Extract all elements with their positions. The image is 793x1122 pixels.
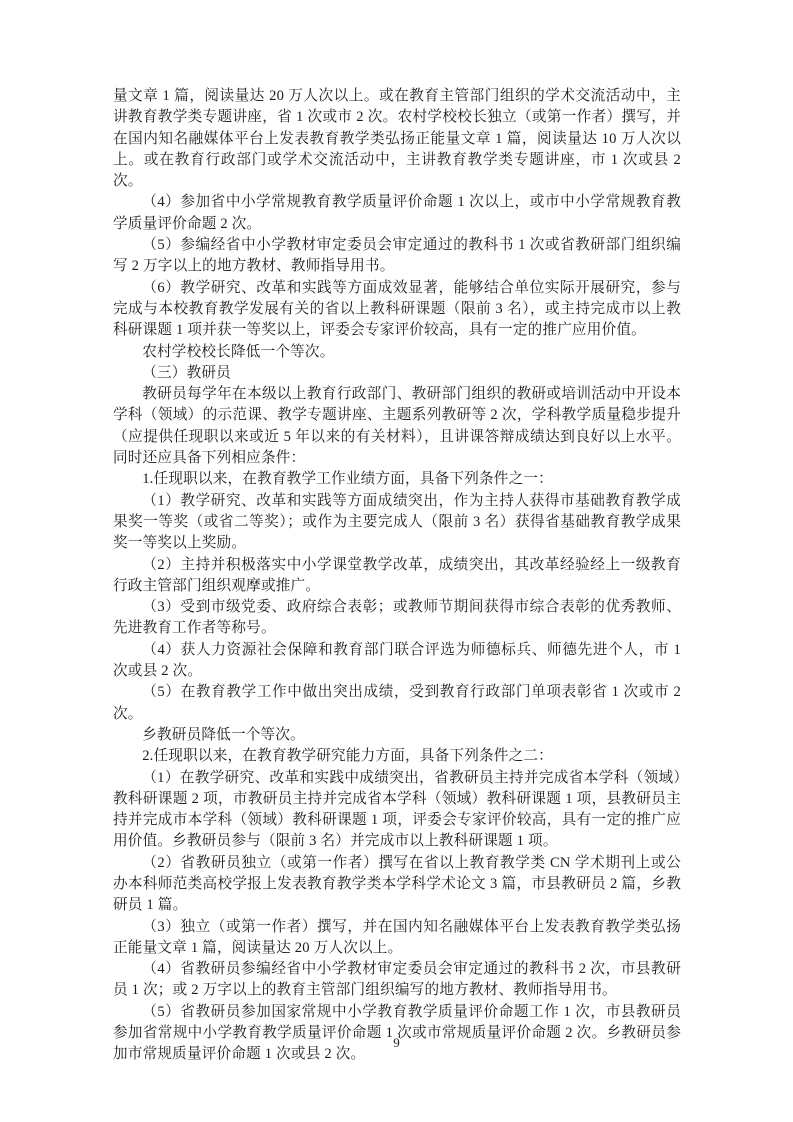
page-body: 量文章 1 篇，阅读量达 20 万人次以上。或在教育主管部门组织的学术交流活动中…: [113, 86, 681, 1066]
page-footer: 9: [0, 1034, 793, 1052]
page-number: 9: [393, 1035, 400, 1050]
document-page: 量文章 1 篇，阅读量达 20 万人次以上。或在教育主管部门组织的学术交流活动中…: [0, 0, 793, 1122]
paragraph: （1）在教学研究、改革和实践中成绩突出，省教研员主持并完成省本学科（领域）教科研…: [113, 768, 681, 853]
paragraph: 乡教研员降低一个等次。: [113, 725, 681, 746]
paragraph: （3）独立（或第一作者）撰写，并在国内知名融媒体平台上发表教育教学类弘扬正能量文…: [113, 917, 681, 960]
paragraph: （2）省教研员独立（或第一作者）撰写在省以上教育教学类 CN 学术期刊上或公办本…: [113, 853, 681, 917]
paragraph: （5）在教育教学工作中做出突出成绩，受到教育行政部门单项表彰省 1 次或市 2 …: [113, 682, 681, 725]
paragraph: 农村学校校长降低一个等次。: [113, 342, 681, 363]
paragraph: （6）教学研究、改革和实践等方面成效显著，能够结合单位实际开展研究，参与完成与本…: [113, 278, 681, 342]
paragraph: （3）受到市级党委、政府综合表彰；或教师节期间获得市综合表彰的优秀教师、先进教育…: [113, 597, 681, 640]
paragraph: （1）教学研究、改革和实践等方面成绩突出，作为主持人获得市基础教育教学成果奖一等…: [113, 491, 681, 555]
paragraph: （5）参编经省中小学教材审定委员会审定通过的教科书 1 次或省教研部门组织编写 …: [113, 235, 681, 278]
paragraph: 量文章 1 篇，阅读量达 20 万人次以上。或在教育主管部门组织的学术交流活动中…: [113, 86, 681, 192]
paragraph: （4）获人力资源社会保障和教育部门联合评选为师德标兵、师德先进个人，市 1 次或…: [113, 640, 681, 683]
paragraph: （4）省教研员参编经省中小学教材审定委员会审定通过的教科书 2 次，市县教研员 …: [113, 959, 681, 1002]
paragraph: 1.任现职以来，在教育教学工作业绩方面，具备下列条件之一：: [113, 469, 681, 490]
paragraph: 2.任现职以来，在教育教学研究能力方面，具备下列条件之二：: [113, 746, 681, 767]
paragraph: （2）主持并积极落实中小学课堂教学改革，成绩突出，其改革经验经上一级教育行政主管…: [113, 555, 681, 598]
paragraph: （4）参加省中小学常规教育教学质量评价命题 1 次以上，或市中小学常规教育教学质…: [113, 192, 681, 235]
paragraph: 教研员每学年在本级以上教育行政部门、教研部门组织的教研或培训活动中开设本学科（领…: [113, 384, 681, 469]
paragraph: （三）教研员: [113, 363, 681, 384]
